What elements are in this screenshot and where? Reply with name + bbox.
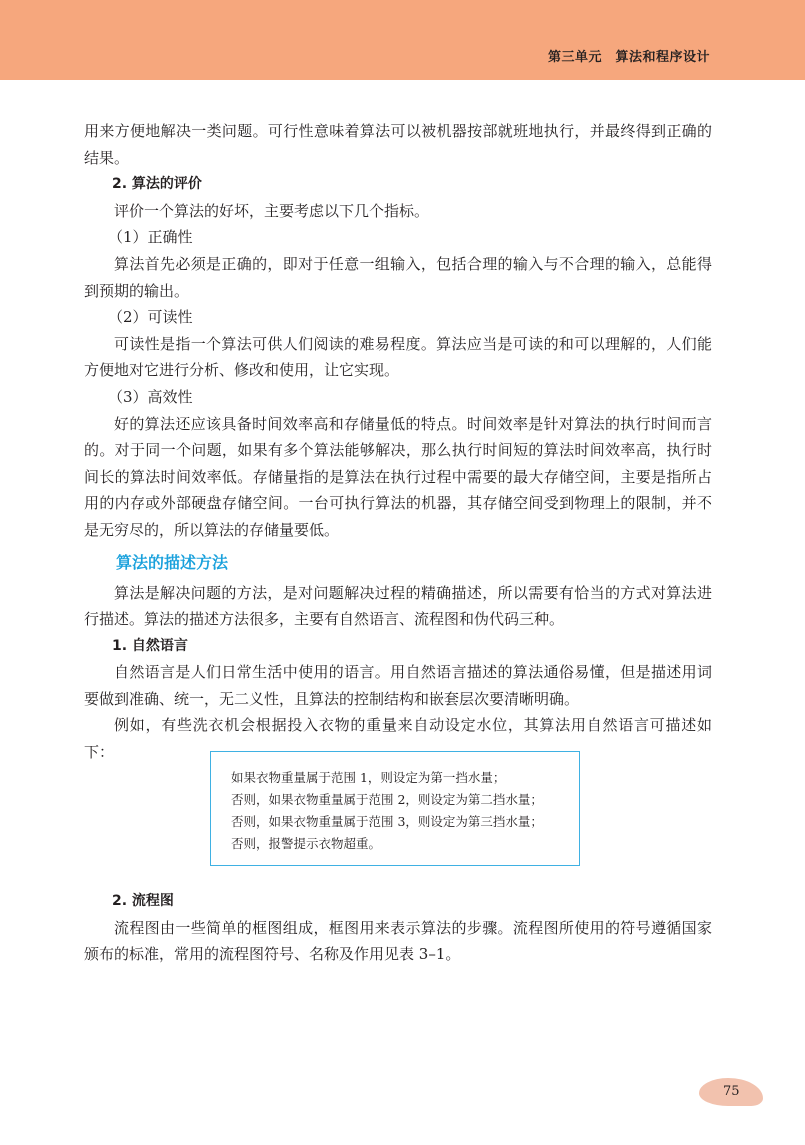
natural-language-text: 自然语言是人们日常生活中使用的语言。用自然语言描述的算法通俗易懂，但是描述用词要… (84, 659, 712, 712)
heading-evaluation: 2. 算法的评价 (84, 171, 712, 198)
example-line: 否则，如果衣物重量属于范围 3，则设定为第三挡水量； (231, 811, 579, 833)
chapter-header-band (0, 0, 805, 80)
criterion-text-correctness: 算法首先必须是正确的，即对于任意一组输入，包括合理的输入与不合理的输入，总能得到… (84, 251, 712, 304)
criterion-text-efficiency: 好的算法还应该具备时间效率高和存储量低的特点。时间效率是针对算法的执行时间而言的… (84, 411, 712, 544)
flowchart-paragraph: 流程图由一些简单的框图组成，框图用来表示算法的步骤。流程图所使用的符号遵循国家颁… (84, 915, 712, 968)
section-title: 算法的描述方法 (84, 548, 712, 578)
main-text: 用来方便地解决一类问题。可行性意味着算法可以被机器按部就班地执行，并最终得到正确… (84, 118, 712, 766)
flowchart-text: 2. 流程图 流程图由一些简单的框图组成，框图用来表示算法的步骤。流程图所使用的… (84, 888, 712, 968)
criterion-title-correctness: （1）正确性 (84, 224, 712, 251)
example-line: 否则，如果衣物重量属于范围 2，则设定为第二挡水量； (231, 789, 579, 811)
heading-flowchart: 2. 流程图 (84, 888, 712, 915)
continuation-paragraph: 用来方便地解决一类问题。可行性意味着算法可以被机器按部就班地执行，并最终得到正确… (84, 118, 712, 171)
chapter-title: 第三单元 算法和程序设计 (548, 46, 710, 65)
example-line: 如果衣物重量属于范围 1，则设定为第一挡水量； (231, 767, 579, 789)
section-intro: 算法是解决问题的方法，是对问题解决过程的精确描述，所以需要有恰当的方式对算法进行… (84, 580, 712, 633)
example-box: 如果衣物重量属于范围 1，则设定为第一挡水量； 否则，如果衣物重量属于范围 2，… (210, 751, 580, 866)
evaluation-intro: 评价一个算法的好坏，主要考虑以下几个指标。 (84, 198, 712, 225)
page-number: 75 (723, 1084, 740, 1099)
criterion-title-efficiency: （3）高效性 (84, 384, 712, 411)
example-line: 否则，报警提示衣物超重。 (231, 833, 579, 855)
criterion-title-readability: （2）可读性 (84, 304, 712, 331)
heading-natural-language: 1. 自然语言 (84, 633, 712, 660)
criterion-text-readability: 可读性是指一个算法可供人们阅读的难易程度。算法应当是可读的和可以理解的，人们能方… (84, 331, 712, 384)
